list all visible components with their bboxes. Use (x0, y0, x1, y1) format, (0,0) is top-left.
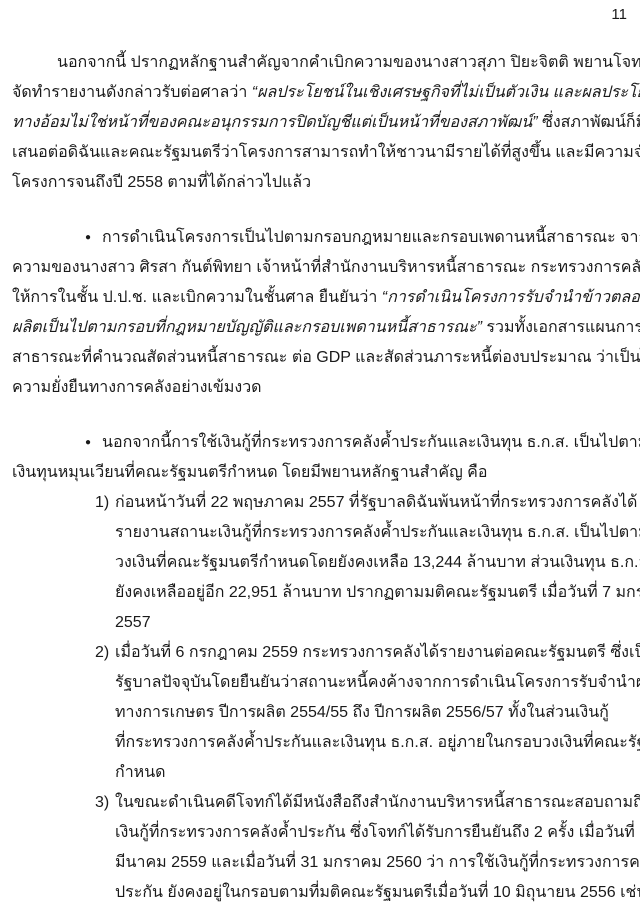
text-line: จัดทำรายงานดังกล่าวรับต่อศาลว่า “ผลประโย… (12, 78, 632, 108)
text-line: เสนอต่อดิฉันและคณะรัฐมนตรีว่าโครงการสามา… (12, 138, 632, 168)
text-segment: รัฐบาลปัจจุบันโดยยืนยันว่าสถานะหนี้คงค้า… (115, 674, 640, 691)
text-segment: 2557 (115, 614, 151, 631)
bullet-icon: ● (85, 428, 91, 458)
text-segment: การดำเนินโครงการเป็นไปตามกรอบกฎหมายและกร… (102, 229, 640, 246)
text-segment: นอกจากนี้ ปรากฏหลักฐานสำคัญจากคำเบิกความ… (57, 54, 640, 71)
text-segment: ยังคงเหลืออยู่อีก 22,951 ล้านบาท ปรากฏตา… (115, 584, 640, 601)
text-line: รายงานสถานะเงินกู้ที่กระทรวงการคลังค้ำปร… (95, 518, 632, 548)
text-segment: รายงานสถานะเงินกู้ที่กระทรวงการคลังค้ำปร… (115, 524, 640, 541)
text-line: รัฐบาลปัจจุบันโดยยืนยันว่าสถานะหนี้คงค้า… (95, 668, 632, 698)
text-line: 3)ในขณะดำเนินคดีโจทก์ได้มีหนังสือถึงสำนั… (95, 788, 632, 818)
text-line: สาธารณะที่คำนวณสัดส่วนหนี้สาธารณะ ต่อ GD… (12, 343, 632, 373)
numbered-item: 2)เมื่อวันที่ 6 กรกฎาคม 2559 กระทรวงการค… (12, 638, 632, 788)
text-segment: เงินทุนหมุนเวียนที่คณะรัฐมนตรีกำหนด โดยม… (12, 464, 487, 481)
numbered-item: 1)ก่อนหน้าวันที่ 22 พฤษภาคม 2557 ที่รัฐบ… (12, 488, 632, 638)
text-segment: ความยั่งยืนทางการคลังอย่างเข้มงวด (12, 379, 262, 396)
text-line: 2)เมื่อวันที่ 6 กรกฎาคม 2559 กระทรวงการค… (95, 638, 632, 668)
text-segment: ที่กระทรวงการคลังค้ำประกันและเงินทุน ธ.ก… (115, 734, 640, 751)
document-body: นอกจากนี้ ปรากฏหลักฐานสำคัญจากคำเบิกความ… (0, 0, 640, 908)
text-line: เงินกู้ที่กระทรวงการคลังค้ำประกัน ซึ่งโจ… (95, 818, 632, 848)
text-segment: ซึ่งสภาพัฒน์ก็มีความเห็น (538, 114, 640, 131)
list-item-number: 2) (95, 638, 115, 668)
text-segment: กำหนด (115, 764, 166, 781)
text-line: ทางการเกษตร ปีการผลิต 2554/55 ถึง ปีการผ… (95, 698, 632, 728)
text-segment: ผลิตเป็นไปตามกรอบที่กฎหมายบัญญัติและกรอบ… (12, 319, 482, 336)
text-line: ความของนางสาว ศิรสา กันต์พิทยา เจ้าหน้าท… (12, 253, 632, 283)
list-item-number: 1) (95, 488, 115, 518)
text-line: ที่กระทรวงการคลังค้ำประกันและเงินทุน ธ.ก… (95, 728, 632, 758)
text-line: วงเงินที่คณะรัฐมนตรีกำหนดโดยยังคงเหลือ 1… (95, 548, 632, 578)
text-segment: เงินกู้ที่กระทรวงการคลังค้ำประกัน ซึ่งโจ… (115, 824, 640, 841)
text-line: นอกจากนี้ ปรากฏหลักฐานสำคัญจากคำเบิกความ… (12, 48, 632, 78)
bullet-paragraph: ●การดำเนินโครงการเป็นไปตามกรอบกฎหมายและก… (12, 223, 632, 403)
text-segment: สาธารณะที่คำนวณสัดส่วนหนี้สาธารณะ ต่อ GD… (12, 349, 640, 366)
text-line: กำหนด (95, 758, 632, 788)
text-segment: ให้การในชั้น ป.ป.ช. และเบิกความในชั้นศาล… (12, 289, 382, 306)
text-line: มีนาคม 2559 และเมื่อวันที่ 31 มกราคม 256… (95, 848, 632, 878)
list-item-number: 3) (95, 788, 115, 818)
text-line: ความยั่งยืนทางการคลังอย่างเข้มงวด (12, 373, 632, 403)
text-segment: นอกจากนี้การใช้เงินกู้ที่กระทรวงการคลังค… (102, 434, 640, 451)
text-segment: วงเงินที่คณะรัฐมนตรีกำหนดโดยยังคงเหลือ 1… (115, 554, 640, 571)
numbered-item: 3)ในขณะดำเนินคดีโจทก์ได้มีหนังสือถึงสำนั… (12, 788, 632, 908)
page-number: 11 (611, 6, 627, 23)
bullet-icon: ● (85, 223, 91, 253)
text-segment: รวมทั้งเอกสารแผนการบริหารหนี้ (482, 319, 640, 336)
text-line: 1)ก่อนหน้าวันที่ 22 พฤษภาคม 2557 ที่รัฐบ… (95, 488, 632, 518)
text-segment: “ผลประโยชน์ในเชิงเศรษฐกิจที่ไม่เป็นตัวเง… (252, 84, 640, 101)
text-segment: มีนาคม 2559 และเมื่อวันที่ 31 มกราคม 256… (115, 854, 640, 871)
paragraph: นอกจากนี้ ปรากฏหลักฐานสำคัญจากคำเบิกความ… (12, 48, 632, 198)
text-line: เงินทุนหมุนเวียนที่คณะรัฐมนตรีกำหนด โดยม… (12, 458, 632, 488)
text-line: ผลิตเป็นไปตามกรอบที่กฎหมายบัญญัติและกรอบ… (12, 313, 632, 343)
bullet-paragraph: ●นอกจากนี้การใช้เงินกู้ที่กระทรวงการคลัง… (12, 428, 632, 488)
text-segment: “การดำเนินโครงการรับจำนำข้าวตลอด 5 ฤดูกา… (382, 289, 640, 306)
text-line: ประกัน ยังคงอยู่ในกรอบตามที่มติคณะรัฐมนต… (95, 878, 632, 908)
text-segment: โครงการจนถึงปี 2558 ตามที่ได้กล่าวไปแล้ว (12, 174, 311, 191)
text-segment: เสนอต่อดิฉันและคณะรัฐมนตรีว่าโครงการสามา… (12, 144, 640, 161)
text-line: โครงการจนถึงปี 2558 ตามที่ได้กล่าวไปแล้ว (12, 168, 632, 198)
text-segment: ทางอ้อมไม่ใช่หน้าที่ของคณะอนุกรรมการปิดบ… (12, 114, 538, 131)
text-segment: ก่อนหน้าวันที่ 22 พฤษภาคม 2557 ที่รัฐบาล… (115, 494, 637, 511)
text-line: ให้การในชั้น ป.ป.ช. และเบิกความในชั้นศาล… (12, 283, 632, 313)
text-line: ยังคงเหลืออยู่อีก 22,951 ล้านบาท ปรากฏตา… (95, 578, 632, 608)
text-segment: ทางการเกษตร ปีการผลิต 2554/55 ถึง ปีการผ… (115, 704, 609, 721)
text-line: ●นอกจากนี้การใช้เงินกู้ที่กระทรวงการคลัง… (12, 428, 632, 458)
document-page: 11 นอกจากนี้ ปรากฏหลักฐานสำคัญจากคำเบิกค… (0, 0, 640, 920)
text-segment: ประกัน ยังคงอยู่ในกรอบตามที่มติคณะรัฐมนต… (115, 884, 640, 901)
text-line: 2557 (95, 608, 632, 638)
text-segment: เมื่อวันที่ 6 กรกฎาคม 2559 กระทรวงการคลั… (115, 644, 640, 661)
text-segment: ในขณะดำเนินคดีโจทก์ได้มีหนังสือถึงสำนักง… (115, 794, 640, 811)
text-line: ●การดำเนินโครงการเป็นไปตามกรอบกฎหมายและก… (12, 223, 632, 253)
text-line: ทางอ้อมไม่ใช่หน้าที่ของคณะอนุกรรมการปิดบ… (12, 108, 632, 138)
text-segment: จัดทำรายงานดังกล่าวรับต่อศาลว่า (12, 84, 252, 101)
text-segment: ความของนางสาว ศิรสา กันต์พิทยา เจ้าหน้าท… (12, 259, 640, 276)
